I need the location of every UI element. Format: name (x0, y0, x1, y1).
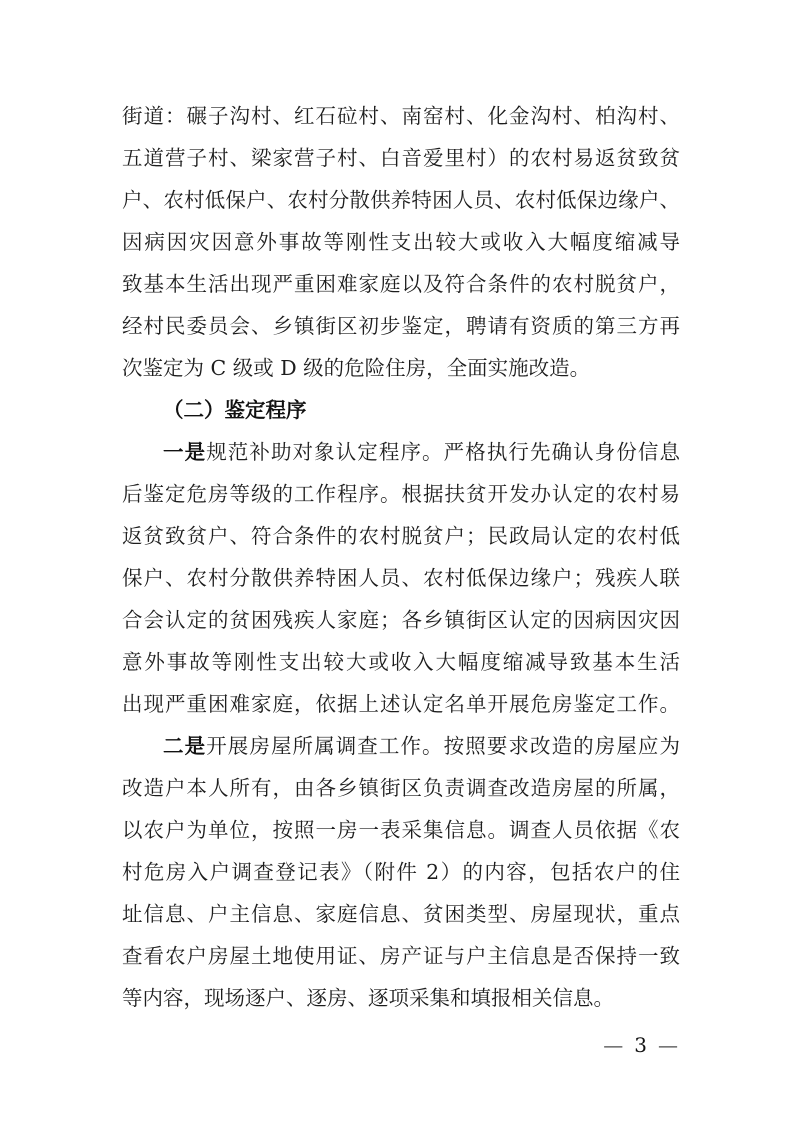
paragraph: 街道：碾子沟村、红石砬村、南窑村、化金沟村、柏沟村、五道营子村、梁家营子村、白音… (122, 95, 680, 389)
paragraph-lead-label: 一是 (163, 440, 206, 464)
text-line: 后鉴定危房等级的工作程序。根据扶贫开发办认定的农村易 (122, 473, 680, 515)
text-line: 出现严重困难家庭，依据上述认定名单开展危房鉴定工作。 (122, 683, 680, 725)
text-line: 因病因灾因意外事故等刚性支出较大或收入大幅度缩减导 (122, 221, 680, 263)
text-line: 返贫致贫户、符合条件的农村脱贫户；民政局认定的农村低 (122, 515, 680, 557)
page-footer: —3— (603, 1030, 678, 1060)
text-line: 以农户为单位，按照一房一表采集信息。调查人员依据《农 (122, 809, 680, 851)
text-line: 意外事故等刚性支出较大或收入大幅度缩减导致基本生活 (122, 641, 680, 683)
text-line: 改造户本人所有，由各乡镇街区负责调查改造房屋的所属， (122, 767, 680, 809)
text-line: 次鉴定为 C 级或 D 级的危险住房，全面实施改造。 (122, 347, 680, 389)
paragraph: 一是规范补助对象认定程序。严格执行先确认身份信息后鉴定危房等级的工作程序。根据扶… (122, 431, 680, 725)
section-heading: （二）鉴定程序 (122, 389, 680, 431)
document-page: 街道：碾子沟村、红石砬村、南窑村、化金沟村、柏沟村、五道营子村、梁家营子村、白音… (0, 0, 800, 1130)
text-line: 址信息、户主信息、家庭信息、贫困类型、房屋现状，重点 (122, 893, 680, 935)
text-run: 规范补助对象认定程序。严格执行先确认身份信息 (206, 440, 680, 464)
text-line: 经村民委员会、乡镇街区初步鉴定，聘请有资质的第三方再 (122, 305, 680, 347)
footer-dash-left: — (603, 1033, 623, 1057)
text-line: 一是规范补助对象认定程序。严格执行先确认身份信息 (122, 431, 680, 473)
text-line: 户、农村低保户、农村分散供养特困人员、农村低保边缘户、 (122, 179, 680, 221)
text-line: 五道营子村、梁家营子村、白音爱里村）的农村易返贫致贫 (122, 137, 680, 179)
footer-dash-right: — (658, 1033, 678, 1057)
text-line: 致基本生活出现严重困难家庭以及符合条件的农村脱贫户， (122, 263, 680, 305)
text-line: 查看农户房屋土地使用证、房产证与户主信息是否保持一致 (122, 935, 680, 977)
text-line: 保户、农村分散供养特困人员、农村低保边缘户；残疾人联 (122, 557, 680, 599)
document-body: 街道：碾子沟村、红石砬村、南窑村、化金沟村、柏沟村、五道营子村、梁家营子村、白音… (122, 95, 680, 1019)
text-line: 街道：碾子沟村、红石砬村、南窑村、化金沟村、柏沟村、 (122, 95, 680, 137)
paragraph: 二是开展房屋所属调查工作。按照要求改造的房屋应为改造户本人所有，由各乡镇街区负责… (122, 725, 680, 1019)
text-line: 等内容，现场逐户、逐房、逐项采集和填报相关信息。 (122, 977, 680, 1019)
text-line: 二是开展房屋所属调查工作。按照要求改造的房屋应为 (122, 725, 680, 767)
text-line: 合会认定的贫困残疾人家庭；各乡镇街区认定的因病因灾因 (122, 599, 680, 641)
page-number: 3 (634, 1030, 647, 1060)
text-run: 开展房屋所属调查工作。按照要求改造的房屋应为 (206, 734, 680, 758)
text-line: 村危房入户调查登记表》（附件 2）的内容，包括农户的住 (122, 851, 680, 893)
paragraph-lead-label: 二是 (163, 734, 206, 758)
